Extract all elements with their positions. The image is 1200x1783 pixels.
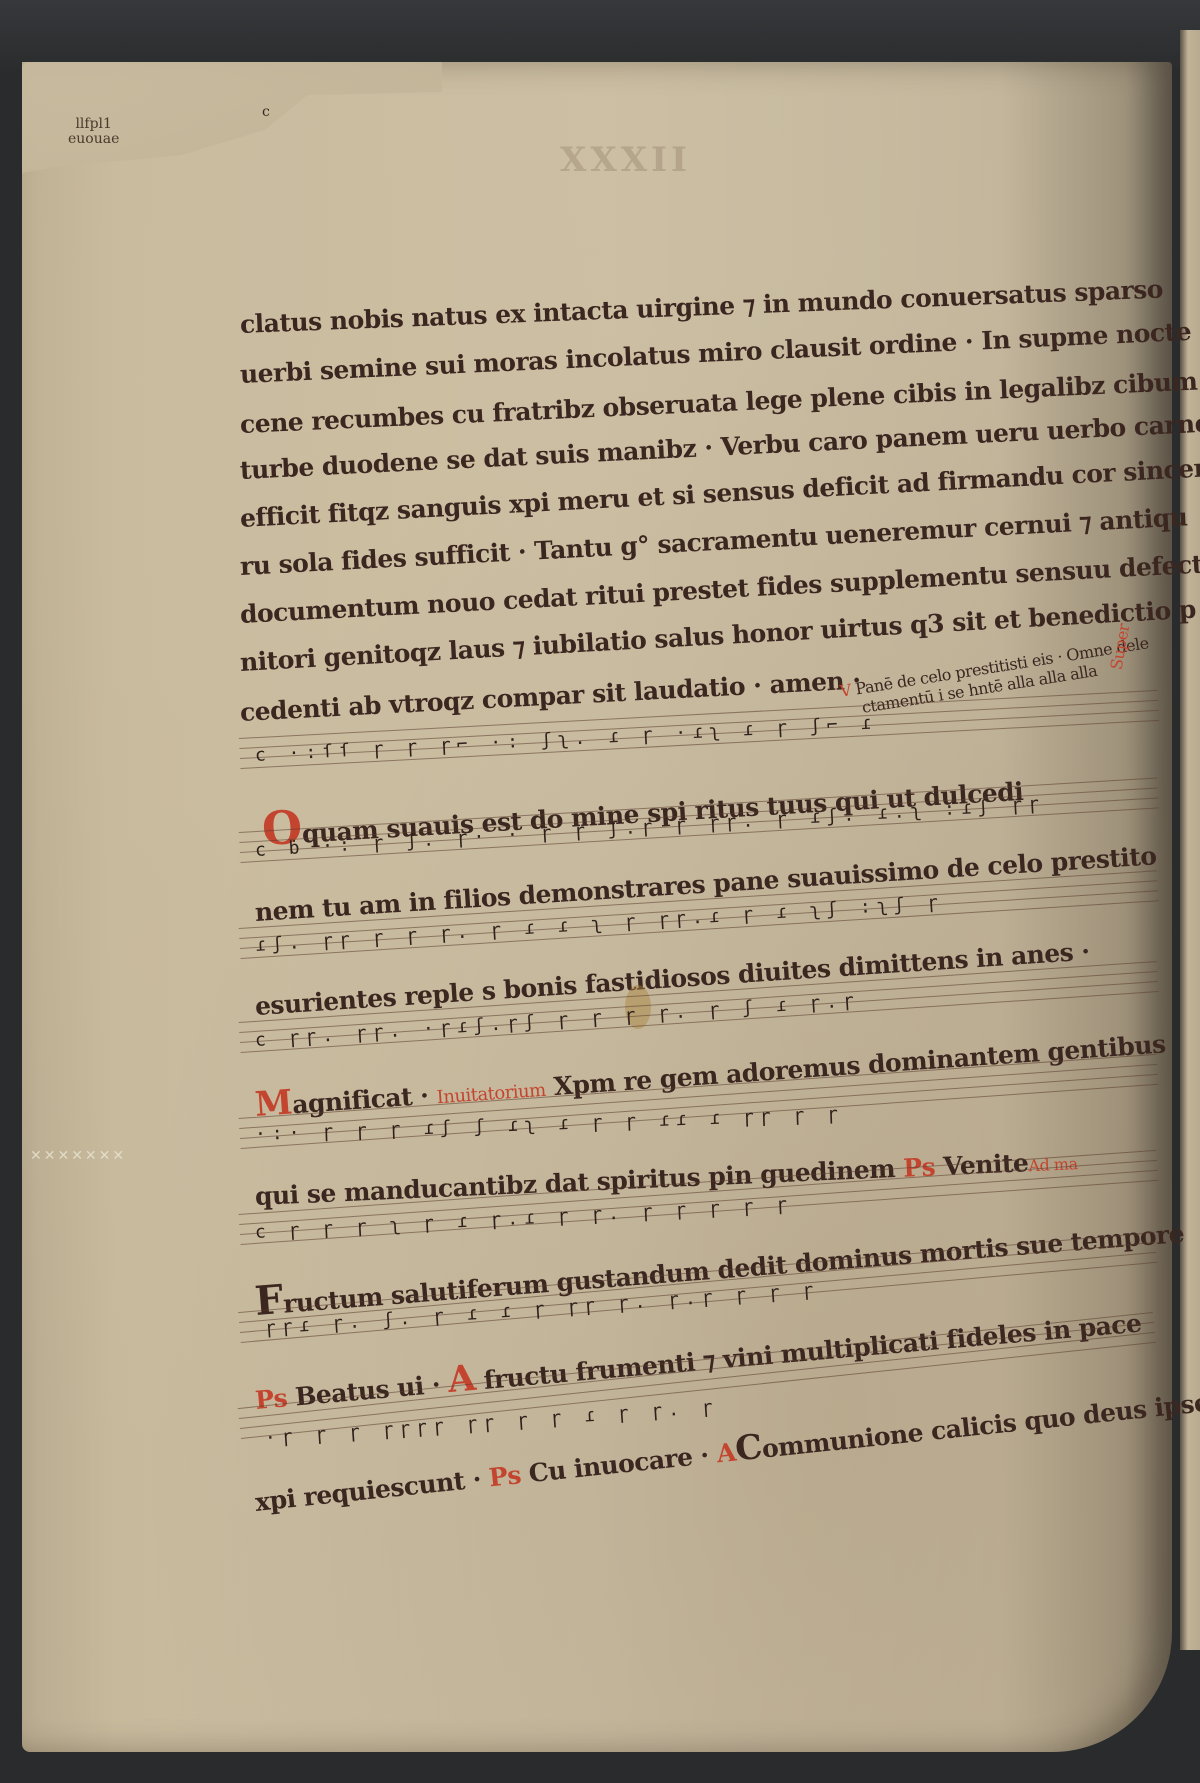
versicle-mark: V: [839, 680, 853, 700]
marginal-note-line-2: euouae: [68, 132, 119, 147]
marginal-note: llfpl1 euouae: [68, 117, 119, 147]
clef-mark: c: [262, 104, 270, 120]
background-top: [0, 0, 1200, 70]
decorated-initial-c: C: [733, 1427, 764, 1470]
faint-folio-heading: XXXII: [560, 140, 691, 180]
repair-stitching: ✕✕✕✕✕✕✕: [30, 1148, 160, 1164]
rubric-psalm: Ps: [487, 1460, 522, 1492]
marginal-note-line-1: llfpl1: [68, 117, 119, 132]
